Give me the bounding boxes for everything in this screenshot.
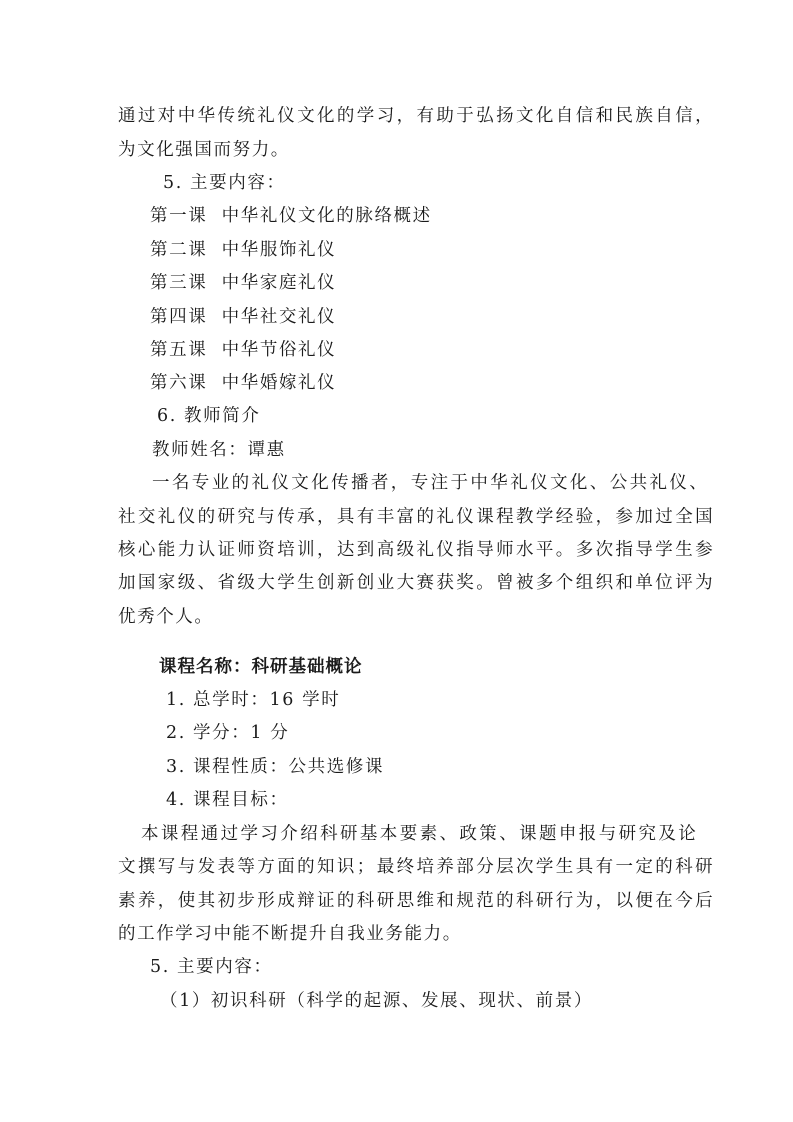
teacher-bio-line: 加国家级、省级大学生创新创业大赛获奖。曾被多个组织和单位评为 xyxy=(118,572,715,594)
teacher-bio-line: 核心能力认证师资培训，达到高级礼仪指导师水平。多次指导学生参 xyxy=(118,539,715,561)
lesson-title: 中华婚嫁礼仪 xyxy=(222,373,337,393)
teacher-bio-line: 优秀个人。 xyxy=(118,606,214,628)
lesson-item: 第三课 中华家庭礼仪 xyxy=(150,272,336,294)
course-info-item: 2. 学分：1 分 xyxy=(166,722,289,744)
lesson-number: 第二课 xyxy=(150,240,207,260)
lesson-number: 第三课 xyxy=(150,273,207,293)
lesson-item: 第五课 中华节俗礼仪 xyxy=(150,339,336,361)
teacher-bio-line: 一名专业的礼仪文化传播者，专注于中华礼仪文化、公共礼仪、 xyxy=(152,472,709,494)
section-5-heading: 5. 主要内容： xyxy=(163,172,286,194)
course-info-item: 1. 总学时：16 学时 xyxy=(166,689,340,711)
lesson-title: 中华服饰礼仪 xyxy=(222,240,337,260)
lesson-number: 第六课 xyxy=(150,373,207,393)
lesson-title: 中华家庭礼仪 xyxy=(222,273,337,293)
content-item: （1）初识科研（科学的起源、发展、现状、前景） xyxy=(160,990,593,1012)
course-goal-line: 文撰写与发表等方面的知识；最终培养部分层次学生具有一定的科研 xyxy=(118,856,715,878)
intro-line-1: 通过对中华传统礼仪文化的学习，有助于弘扬文化自信和民族自信， xyxy=(118,105,715,127)
lesson-number: 第五课 xyxy=(150,340,207,360)
document-page: 通过对中华传统礼仪文化的学习，有助于弘扬文化自信和民族自信， 为文化强国而努力。… xyxy=(0,0,793,1122)
section-5-heading: 5. 主要内容： xyxy=(150,956,273,978)
lesson-number: 第一课 xyxy=(150,206,207,226)
teacher-name: 教师姓名：谭惠 xyxy=(152,439,286,461)
teacher-bio-line: 社交礼仪的研究与传承，具有丰富的礼仪课程教学经验，参加过全国 xyxy=(118,506,715,528)
lesson-title: 中华社交礼仪 xyxy=(222,307,337,327)
course-info-item: 4. 课程目标： xyxy=(166,789,289,811)
lesson-title: 中华节俗礼仪 xyxy=(222,340,337,360)
section-6-heading: 6. 教师简介 xyxy=(157,405,260,427)
course-goal-line: 本课程通过学习介绍科研基本要素、政策、课题申报与研究及论 xyxy=(141,823,698,845)
lesson-item: 第六课 中华婚嫁礼仪 xyxy=(150,372,336,394)
course-info-item: 3. 课程性质：公共选修课 xyxy=(166,756,384,778)
course-title: 课程名称：科研基础概论 xyxy=(159,656,363,678)
intro-line-2: 为文化强国而努力。 xyxy=(118,139,290,161)
course-goal-line: 素养，使其初步形成辩证的科研思维和规范的科研行为，以便在今后 xyxy=(118,890,715,912)
course-goal-line: 的工作学习中能不断提升自我业务能力。 xyxy=(118,923,462,945)
lesson-number: 第四课 xyxy=(150,307,207,327)
lesson-item: 第四课 中华社交礼仪 xyxy=(150,306,336,328)
lesson-item: 第二课 中华服饰礼仪 xyxy=(150,239,336,261)
lesson-title: 中华礼仪文化的脉络概述 xyxy=(222,206,432,226)
lesson-item: 第一课 中华礼仪文化的脉络概述 xyxy=(150,205,432,227)
